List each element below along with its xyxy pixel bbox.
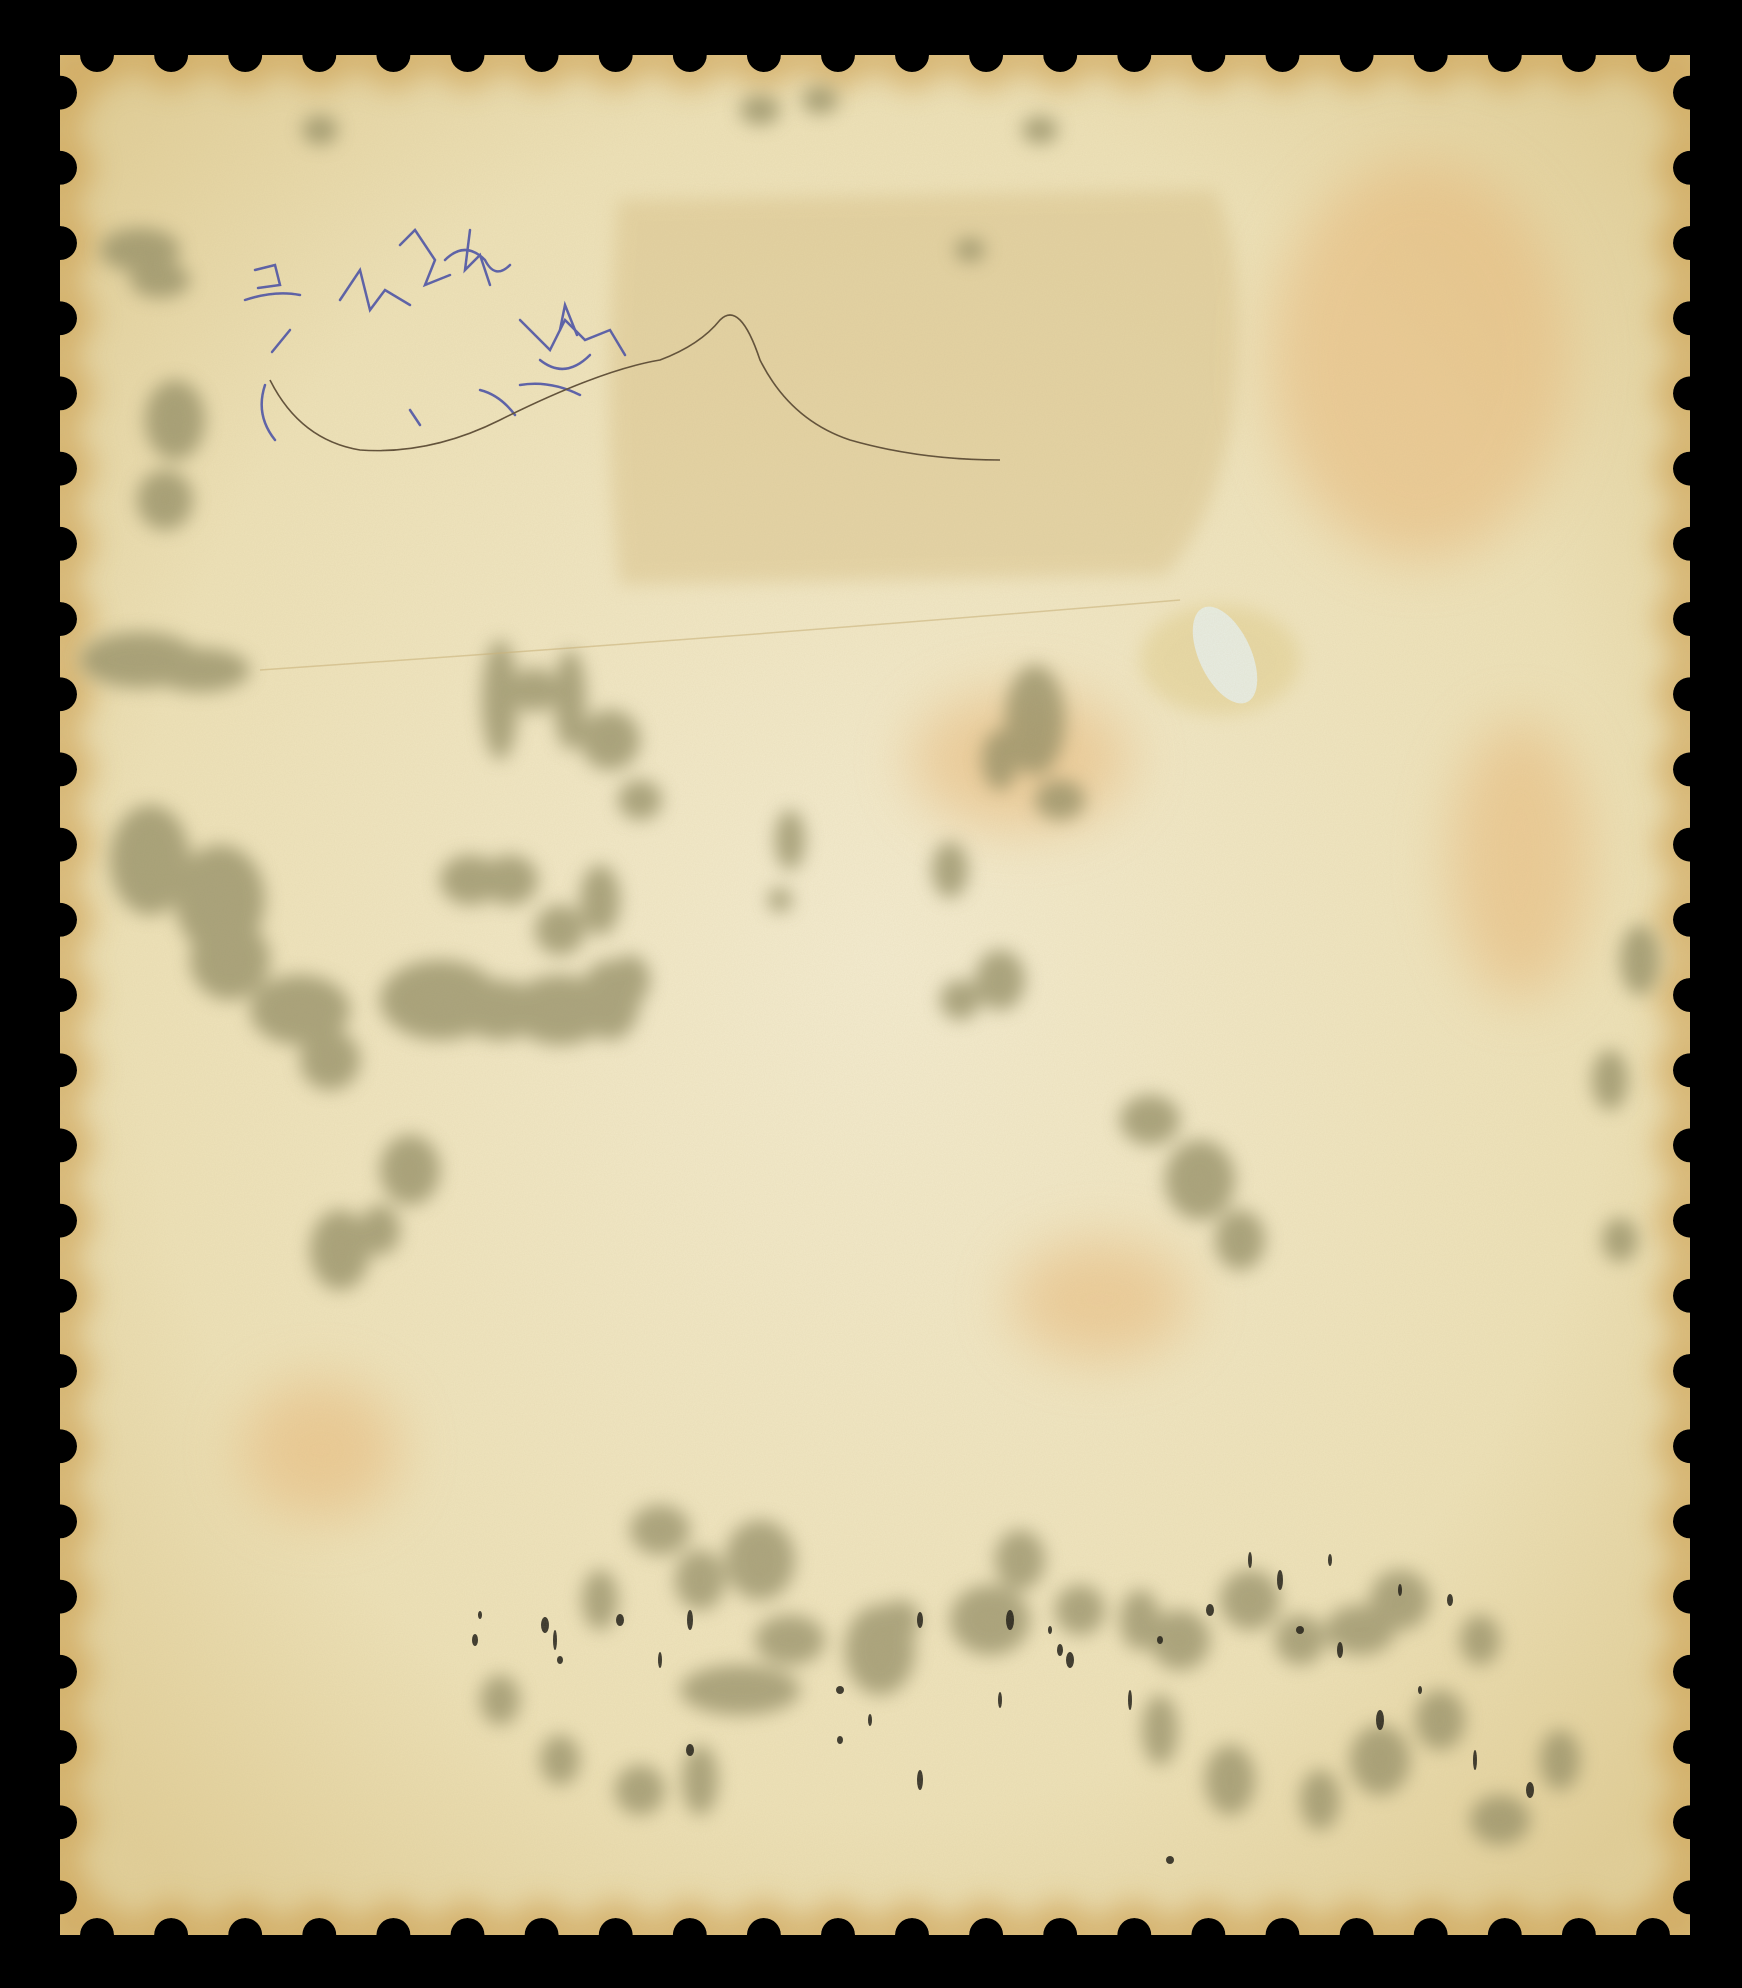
- stamp-back: [0, 0, 1742, 1988]
- paper-texture: [0, 0, 1742, 1988]
- photo-stage: Back of an aged perforated postage stamp…: [0, 0, 1742, 1988]
